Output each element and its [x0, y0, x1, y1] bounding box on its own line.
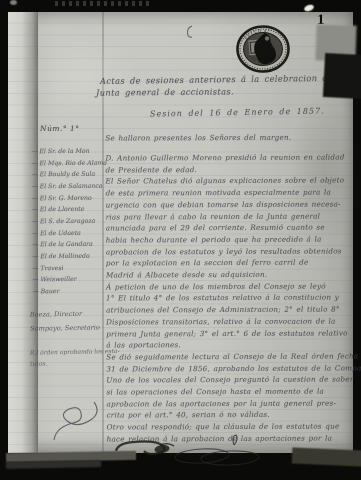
scanned-document-page: 1 SELLO 4° AÑO DE 1857 — [0, 0, 361, 480]
torn-corner-hole — [323, 53, 361, 99]
official-seal-stamp: SELLO 4° AÑO DE 1857 — [235, 24, 291, 74]
attendee-row: —El Bouldy de Sula — [32, 169, 104, 181]
attendee-row: —Bauer — [33, 286, 105, 298]
body-line: aprobacion de los estatutos y leyó los r… — [106, 245, 358, 258]
body-line: urgencia con que debian tomarse las disp… — [106, 198, 358, 211]
attendee-row: —El de Udaeta — [32, 227, 104, 239]
officials-block: Baeza, Director Sampayo, Secretario — [30, 307, 110, 335]
attendee-name: El de Mollinedo — [40, 253, 89, 260]
director-name: Baeza, Director — [30, 307, 110, 322]
marginal-note-line1: R.l órden aprobando los esta- — [30, 346, 106, 359]
list-dash: — — [32, 216, 40, 228]
list-dash: — — [32, 193, 40, 205]
attendee-name: El Sr. G. Moreno — [40, 194, 92, 201]
secretary-name: Sampayo, Secretario — [30, 321, 110, 336]
attendee-row: —El de la Gandara — [32, 239, 104, 251]
body-line: primera Junta general; 3° el art.° 6 de … — [106, 327, 358, 340]
document-title-line2: Junta general de accionistas. — [96, 86, 234, 97]
attendee-row: —El Sr. de Salamanca — [32, 181, 104, 193]
body-line: Otro vocal respondió; que la cláusula de… — [107, 421, 359, 434]
list-dash: — — [31, 158, 39, 170]
entry-number: Núm.° 1° — [40, 124, 80, 133]
attendee-row: —Weisweiller — [32, 274, 104, 286]
attendee-name: Weisweiller — [40, 276, 76, 283]
page-stack-edge — [6, 460, 101, 469]
attendee-name: El Sr. de la Mon — [39, 148, 89, 155]
pen-flourish-mark — [184, 24, 196, 40]
margin-flourish — [52, 396, 104, 442]
list-dash: — — [31, 146, 39, 158]
document-title-line1: Actas de sesiones anteriores á la celebr… — [100, 72, 361, 86]
body-line: Se dió seguidamente lectura al Consejo d… — [106, 350, 358, 363]
list-dash: — — [33, 286, 41, 298]
list-dash: — — [32, 251, 40, 263]
attendee-row: —El S. de Zaragoza — [32, 216, 104, 228]
list-dash: — — [32, 228, 40, 240]
attendee-name: El S. de Zaragoza — [40, 218, 95, 225]
attendee-row: —El Sr. G. Moreno — [32, 192, 104, 204]
list-dash: — — [32, 205, 40, 217]
body-line: anunciada para el 29 del corriente. Resu… — [106, 222, 358, 235]
body-line: si las operaciones del Consejo hasta el … — [106, 386, 358, 399]
marginal-note-line2: tutos. — [30, 358, 106, 371]
attendee-row: —El Sr. de la Mon — [31, 146, 103, 158]
list-dash: — — [32, 239, 40, 251]
body-line: D. Antonio Guillermo Moreno presidió la … — [105, 151, 357, 164]
attendee-row: —El de Llorente — [32, 204, 104, 216]
body-line: de esta primera reunion motivada especia… — [106, 187, 358, 200]
marginal-note: R.l órden aprobando los esta- tutos. — [30, 346, 106, 370]
attendee-name: El de Llorente — [40, 206, 85, 213]
attendee-list: —El Sr. de la Mon —El Mqs. Rio de Alama … — [31, 146, 104, 298]
rubric-flourish-right — [168, 434, 268, 468]
attendee-name: El Sr. de Salamanca — [40, 183, 103, 191]
attendee-name: Bauer — [41, 288, 60, 295]
attendee-name: El Mqs. Rio de Alama — [39, 159, 107, 167]
binding-perforation-marks — [55, 1, 150, 6]
list-dash: — — [32, 263, 40, 275]
list-dash: — — [32, 181, 40, 193]
body-line: Disposiciones transitorias, relativo á l… — [106, 315, 358, 328]
body-line: habia hecho durante el periodo que ha pr… — [106, 233, 358, 246]
attendee-name: El de Udaeta — [40, 229, 81, 236]
page-stack-edge — [292, 447, 361, 466]
minutes-body: Se hallaron presentes los Señores del ma… — [105, 131, 358, 445]
attendee-name: El de la Gandara — [40, 241, 93, 248]
attendee-row: —El Mqs. Rio de Alama — [31, 157, 103, 169]
attendee-name: El Bouldy de Sula — [40, 171, 96, 178]
list-dash: — — [32, 170, 40, 182]
scan-speck — [10, 0, 17, 5]
attendee-row: —El de Mollinedo — [32, 251, 104, 263]
list-dash: — — [32, 274, 40, 286]
attendee-row: —Travesi — [32, 262, 104, 274]
manuscript-sheet: 1 SELLO 4° AÑO DE 1857 — [8, 12, 353, 453]
body-line: aprobacion de las aportaciones por la ju… — [106, 397, 358, 410]
body-line: atribuciones del Consejo de Administraci… — [106, 304, 358, 317]
body-line: Se hallaron presentes los Señores del ma… — [105, 131, 357, 144]
attendee-name: Travesi — [40, 265, 63, 272]
